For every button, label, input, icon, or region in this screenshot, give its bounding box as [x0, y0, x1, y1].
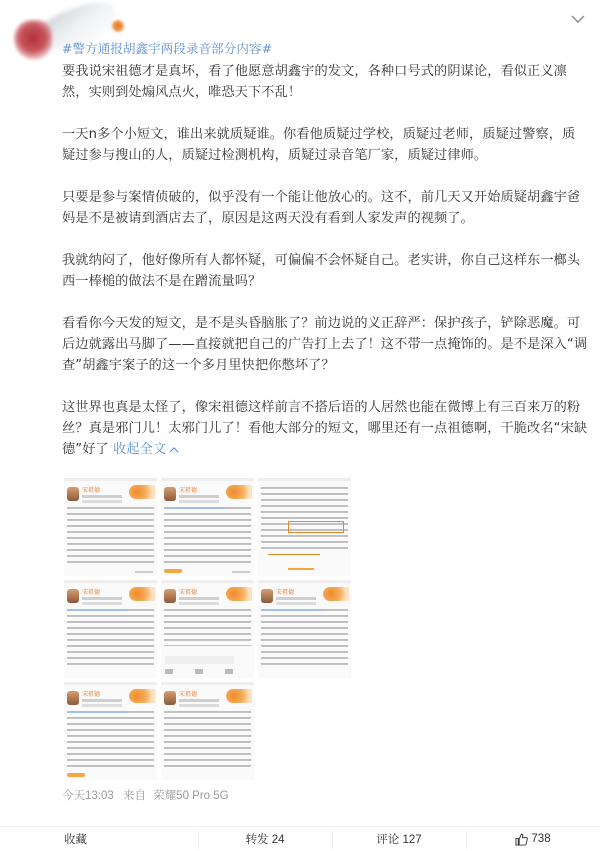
comment-button[interactable]: 评论 127	[332, 827, 466, 851]
like-button[interactable]: 738	[466, 827, 600, 851]
thumb-avatar	[164, 691, 176, 705]
image-thumbnail[interactable]	[258, 478, 351, 576]
thumb-meta	[179, 597, 219, 600]
thumb-reply-box	[165, 656, 234, 664]
badge-icon	[226, 689, 252, 703]
thumb-username: 宋祖德	[82, 691, 100, 698]
thumb-username: 宋祖德	[179, 487, 197, 494]
thumb-text-lines	[67, 609, 154, 668]
thumb-footer-tag	[67, 773, 85, 777]
thumb-text-lines	[164, 609, 251, 646]
badge-icon	[129, 587, 155, 601]
thumb-avatar	[261, 589, 273, 603]
post-body: #警方通报胡鑫宇两段录音部分内容# 要我说宋祖德才是真坏，看了他愿意胡鑫宇的发文…	[62, 40, 588, 460]
thumb-actions	[165, 669, 250, 674]
favorite-button[interactable]: 收藏	[0, 827, 198, 851]
image-thumbnail[interactable]: 宋祖德	[258, 580, 351, 678]
source-device: 荣耀50 Pro 5G	[153, 790, 228, 802]
repost-label: 转发 24	[246, 831, 285, 847]
image-thumbnail[interactable]: 宋祖德	[161, 580, 254, 678]
thumb-username: 宋祖德	[82, 487, 100, 494]
comment-label: 评论 127	[376, 831, 421, 847]
thumb-text-lines	[261, 609, 348, 668]
thumb-footer	[135, 571, 153, 573]
image-grid: 宋祖德 宋祖德 宋祖德 宋祖德 宋祖德	[64, 478, 354, 780]
post-paragraph: 只要是参与案情侦破的，似乎没有一个能让他放心的。这不，前几天又开始质疑胡鑫宇爸妈…	[62, 187, 588, 229]
image-thumbnail[interactable]: 宋祖德	[64, 580, 157, 678]
thumb-avatar	[164, 487, 176, 501]
avatar-shape	[112, 20, 124, 32]
thumb-meta	[82, 699, 122, 702]
thumb-highlight-underline	[268, 547, 320, 555]
thumb-username: 宋祖德	[276, 589, 294, 596]
badge-icon	[323, 587, 349, 601]
collapse-text-link[interactable]: 收起全文	[113, 442, 179, 457]
badge-icon	[226, 587, 252, 601]
thumb-text-lines	[261, 487, 348, 552]
favorite-label: 收藏	[64, 831, 87, 847]
source-prefix: 来自	[123, 790, 146, 802]
post-paragraph-last: 这世界也真是太怪了，像宋祖德这样前言不搭后语的人居然也能在微博上有三百来万的粉丝…	[62, 397, 588, 460]
like-count: 738	[531, 833, 550, 845]
badge-icon	[129, 689, 155, 703]
thumb-username: 宋祖德	[179, 589, 197, 596]
thumb-footer-tag	[164, 569, 182, 573]
chevron-down-icon	[571, 15, 585, 24]
image-thumbnail[interactable]: 宋祖德	[161, 682, 254, 780]
avatar-shape	[14, 20, 52, 60]
image-thumbnail[interactable]: 宋祖德	[64, 478, 157, 576]
image-thumbnail[interactable]: 宋祖德	[64, 682, 157, 780]
post-paragraph: 一天n多个小短文，谁出来就质疑谁。你看他质疑过学校，质疑过老师，质疑过警察，质疑…	[62, 124, 588, 166]
post-paragraph: 要我说宋祖德才是真坏，看了他愿意胡鑫宇的发文，各种口号式的阴谋论，看似正义凛然，…	[62, 61, 588, 103]
post-paragraph: 看看你今天发的短文，是不是头昏脑胀了？前边说的义正辞严：保护孩子，铲除恶魔。可后…	[62, 313, 588, 376]
chevron-up-icon	[169, 446, 179, 453]
thumb-text-lines	[164, 711, 251, 770]
thumb-meta	[276, 597, 316, 600]
post-menu-button[interactable]	[570, 12, 586, 26]
thumb-text-lines	[67, 711, 154, 770]
badge-icon	[129, 485, 155, 499]
thumb-username: 宋祖德	[179, 691, 197, 698]
repost-button[interactable]: 转发 24	[198, 827, 332, 851]
post-time: 今天13:03	[62, 790, 114, 802]
action-bar: 收藏 转发 24 评论 127 738	[0, 826, 600, 851]
thumb-highlight-box	[288, 521, 344, 533]
post-meta: 今天13:03 来自 荣耀50 Pro 5G	[62, 787, 235, 803]
thumb-footer-bar	[288, 568, 314, 570]
thumb-avatar	[67, 691, 79, 705]
thumb-footer	[232, 571, 250, 573]
post-paragraph: 我就纳闷了，他好像所有人都怀疑，可偏偏不会怀疑自己。老实讲，你自己这样东一榔头西…	[62, 250, 588, 292]
thumb-avatar	[67, 487, 79, 501]
thumb-meta	[179, 699, 219, 702]
thumb-text-lines	[164, 507, 251, 566]
collapse-text-label: 收起全文	[113, 442, 166, 457]
thumb-text-lines	[67, 507, 154, 566]
thumb-meta	[179, 495, 219, 498]
thumbs-up-icon	[515, 833, 528, 846]
thumb-meta	[82, 597, 122, 600]
thumb-avatar	[164, 589, 176, 603]
hashtag-link[interactable]: #警方通报胡鑫宇两段录音部分内容#	[62, 40, 588, 58]
thumb-meta	[82, 495, 122, 498]
image-thumbnail[interactable]: 宋祖德	[161, 478, 254, 576]
thumb-username: 宋祖德	[82, 589, 100, 596]
badge-icon	[226, 485, 252, 499]
thumb-avatar	[67, 589, 79, 603]
